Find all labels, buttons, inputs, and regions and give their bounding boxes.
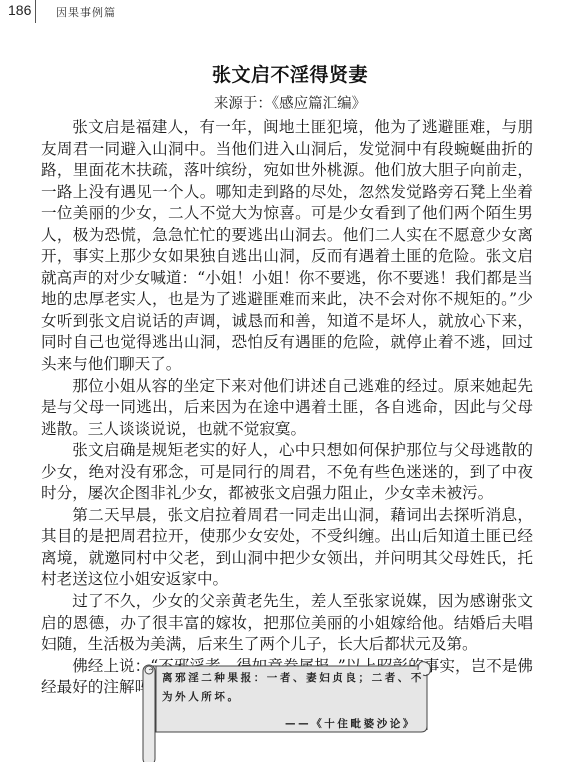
scroll-quote-box: 离邪淫二种果报：一者、妻妇贞良；二者、不为外人所坏。 ——《十住毗婆沙论》 <box>140 660 430 762</box>
article-body: 张文启是福建人，有一年，闽地土匪犯境，他为了逃避匪难，与朋友周君一同避入山洞中。… <box>41 117 533 699</box>
page-header: 186 因果事例篇 <box>0 0 580 30</box>
header-divider <box>35 0 36 23</box>
paragraph: 过了不久，少女的父亲黄老先生，差人至张家说媒，因为感谢张文启的恩德，办了很丰富的… <box>41 591 533 656</box>
scroll-quote-text: 离邪淫二种果报：一者、妻妇贞良；二者、不为外人所坏。 <box>162 669 424 707</box>
paragraph: 第二天早晨，张文启拉着周君一同走出山洞，藉词出去探听消息，其目的是把周君拉开，使… <box>41 505 533 591</box>
scroll-quote-citation: ——《十住毗婆沙论》 <box>285 716 416 731</box>
paragraph: 张文启确是规矩老实的好人，心中只想如何保护那位与父母逃散的少女，绝对没有邪念，可… <box>41 440 533 505</box>
paragraph: 张文启是福建人，有一年，闽地土匪犯境，他为了逃避匪难，与朋友周君一同避入山洞中。… <box>41 117 533 376</box>
paragraph: 那位小姐从容的坐定下来对他们讲述自己逃难的经过。原来她起先是与父母一同逃出，后来… <box>41 376 533 441</box>
page-number: 186 <box>8 2 31 18</box>
article-title: 张文启不淫得贤妻 <box>0 60 580 87</box>
section-name: 因果事例篇 <box>56 4 116 20</box>
article-source: 来源于：《感应篇汇编》 <box>0 92 580 113</box>
